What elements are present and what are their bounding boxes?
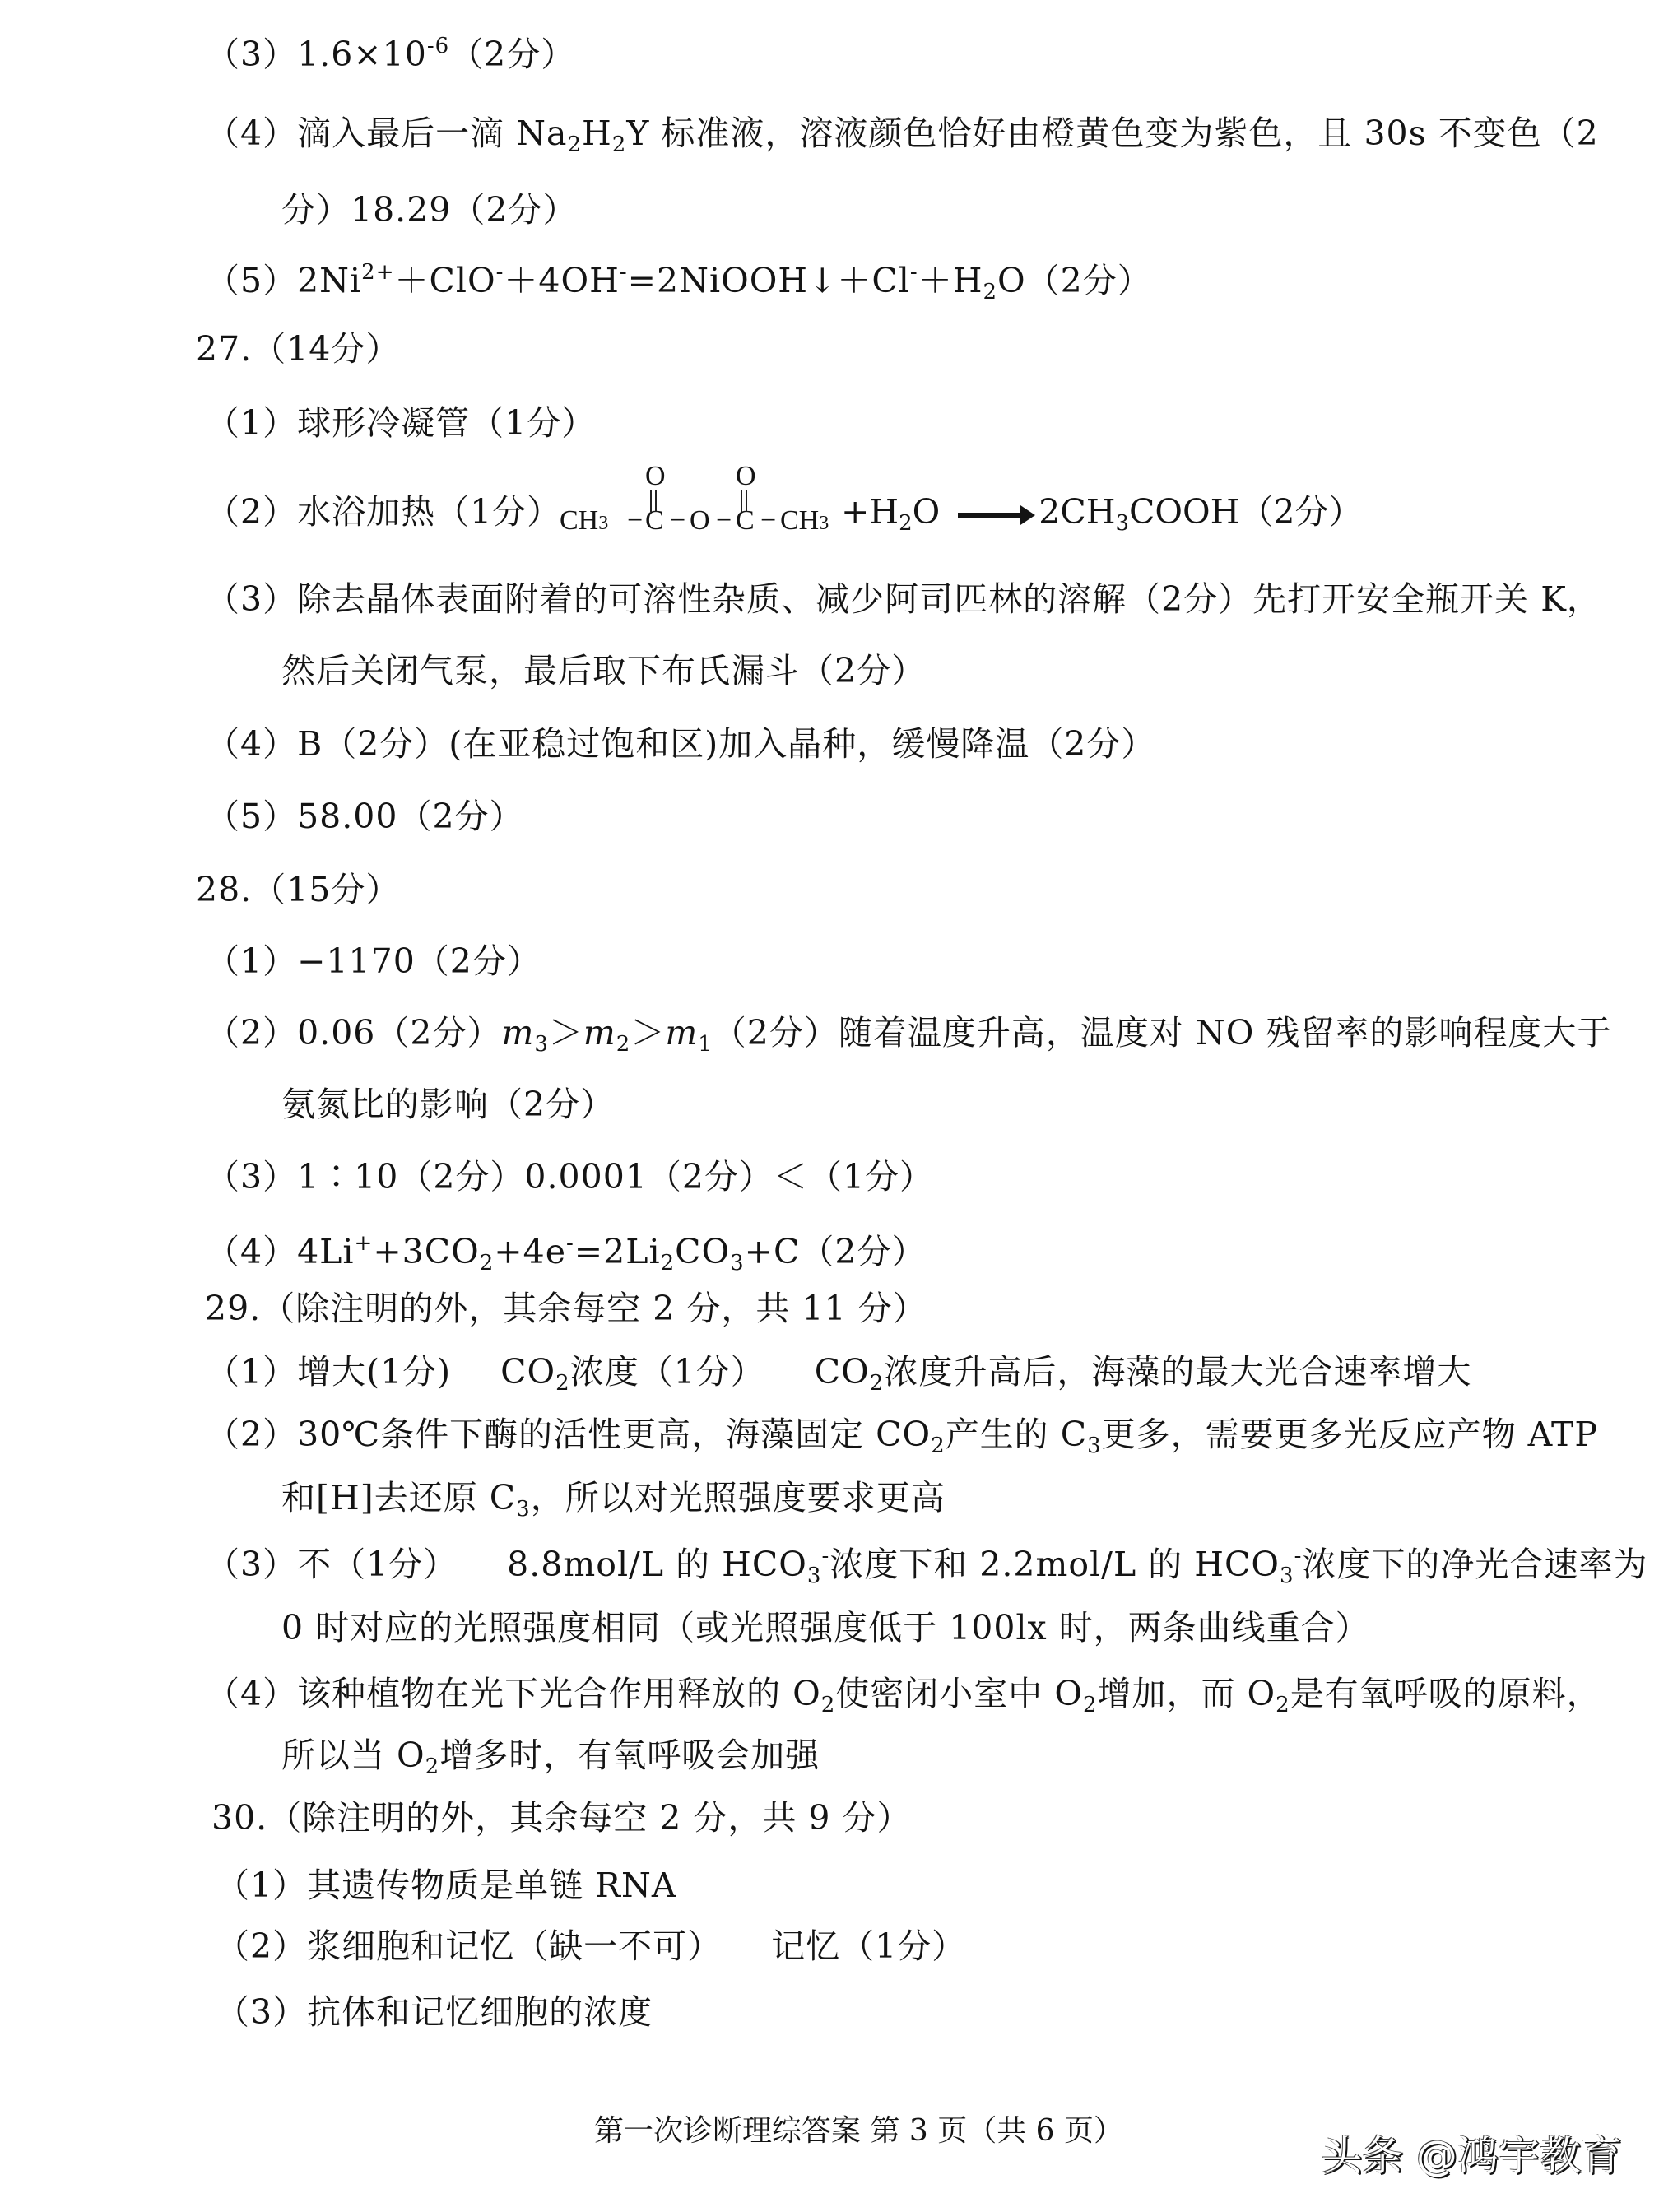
oxygen-atom: O [645, 461, 666, 492]
q26-part4-cont: 分）18.29（2分） [281, 188, 577, 231]
q29-part2: （2）30℃条件下酶的活性更高，海藻固定 CO2产生的 C3更多，需要更多光反应… [206, 1413, 1598, 1456]
answer-value: 1.6×10 [297, 35, 427, 74]
equation-text: +3CO [373, 1232, 479, 1271]
answer-text: 记忆（1分） [771, 1926, 966, 1966]
q28-header: 28.（15分） [196, 868, 400, 911]
variable: m [501, 1013, 534, 1053]
part-label: （5） [206, 261, 297, 300]
answer-text: 增多时，有氧呼吸会加强 [439, 1736, 820, 1775]
answer-text: ，所以对光照强度要求更高 [531, 1478, 946, 1517]
answer-text: （2分）随着温度升高，温度对 NO 残留率的影响程度大于 [713, 1013, 1612, 1053]
bond: − [716, 505, 732, 537]
subscript: 2 [821, 1693, 836, 1717]
q30-part1: （1）其遗传物质是单链 RNA [216, 1864, 676, 1907]
q28-part2: （2）0.06（2分）m3＞m2＞m1（2分）随着温度升高，温度对 NO 残留率… [206, 1011, 1611, 1054]
equation-text: 2CH [1039, 492, 1115, 532]
answer-text: 浓度下和 2.2mol/L 的 HCO [829, 1545, 1280, 1584]
superscript: - [566, 1231, 574, 1256]
answer-text: 增加，而 O [1097, 1674, 1276, 1713]
superscript: 2+ [361, 260, 394, 285]
q29-part4: （4）该种植物在光下光合作用释放的 O2使密闭小室中 O2增加，而 O2是有氧呼… [206, 1672, 1601, 1715]
ch3-left: CH3 [560, 505, 608, 537]
answer-text: （1）增大(1分) [206, 1352, 451, 1392]
q27-part3-cont: 然后关闭气泵，最后取下布氏漏斗（2分） [281, 649, 926, 692]
subscript: 3 [1116, 511, 1130, 536]
ch3-right: CH3 [780, 505, 829, 537]
equation-text: ＋ClO [395, 261, 496, 300]
bond: − [670, 505, 685, 537]
oxygen-atom: O [736, 461, 756, 492]
reaction-arrow-icon [958, 513, 1024, 518]
bond: − [627, 505, 643, 537]
subscript: 3 [1280, 1564, 1294, 1588]
superscript: - [620, 260, 628, 285]
answer-text: 使密闭小室中 O [835, 1674, 1083, 1713]
subscript: 2 [899, 511, 913, 536]
operator: ＞ [630, 1013, 665, 1053]
subscript: 2 [480, 1251, 495, 1276]
q28-part3: （3）1∶10（2分）0.0001（2分）＜（1分） [206, 1155, 934, 1198]
exponent: -6 [427, 34, 449, 58]
answer-text: 和[H]去还原 C [281, 1478, 516, 1517]
equation-text: +H [841, 492, 899, 532]
answer-text: Y 标准液，溶液颜色恰好由橙黄色变为紫色，且 30s 不变色（2 [626, 114, 1598, 153]
answer-text: 浓度下的净光合速率为 [1302, 1545, 1647, 1584]
equation-text: （4）4Li [206, 1232, 355, 1271]
watermark: 头条 @鸿宇教育 [1321, 2131, 1622, 2181]
subscript: 3 [534, 1032, 549, 1057]
q30-part3: （3）抗体和记忆细胞的浓度 [216, 1991, 653, 2033]
q29-header: 29.（除注明的外，其余每空 2 分，共 11 分） [205, 1287, 927, 1330]
subscript: 2 [870, 1371, 885, 1396]
equation-text: ＋4OH [504, 261, 619, 300]
subscript: 2 [555, 1371, 570, 1396]
part-label: （4） [206, 114, 297, 153]
acetic-anhydride-structure: CH3 − C O − O − C O − CH3 [560, 461, 856, 543]
answer-text: 浓度升高后，海藻的最大光合速率增大 [884, 1352, 1471, 1392]
q26-part5: （5）2Ni2+＋ClO-＋4OH-=2NiOOH↓＋Cl-＋H2O（2分） [206, 259, 1152, 302]
double-bond [741, 490, 747, 512]
subscript: 2 [661, 1251, 676, 1276]
equation-text: CO [675, 1232, 730, 1271]
equation-text: +C（2分） [745, 1232, 927, 1271]
subscript: 3 [819, 513, 829, 534]
q29-part4-cont: 所以当 O2增多时，有氧呼吸会加强 [281, 1734, 820, 1777]
equation-text: =2NiOOH↓＋Cl [628, 261, 910, 300]
subscript: 2 [931, 1434, 946, 1458]
q29-part3: （3）不（1分）8.8mol/L 的 HCO3-浓度下和 2.2mol/L 的 … [206, 1543, 1647, 1586]
subscript: 3 [730, 1251, 745, 1276]
q27-part3: （3）除去晶体表面附着的可溶性杂质、减少阿司匹林的溶解（2分）先打开安全瓶开关 … [206, 578, 1601, 620]
q27-part2-label: （2）水浴加热（1分） [206, 490, 561, 533]
answer-text: 滴入最后一滴 Na [297, 114, 567, 153]
superscript: + [355, 1231, 374, 1256]
subscript: 3 [1087, 1434, 1102, 1458]
q27-part1: （1）球形冷凝管（1分） [206, 402, 596, 444]
equation-text: O（2分） [997, 261, 1152, 300]
subscript: 1 [698, 1032, 713, 1057]
answer-text: （4）该种植物在光下光合作用释放的 O [206, 1674, 821, 1713]
answer-text: 产生的 C [946, 1415, 1087, 1454]
page-footer: 第一次诊断理综答案 第 3 页（共 6 页） [594, 2112, 1123, 2151]
answer-text: 更多，需要更多光反应产物 ATP [1102, 1415, 1598, 1454]
equation-text: +4e [494, 1232, 566, 1271]
subscript: 3 [598, 513, 608, 534]
double-bond [650, 490, 657, 512]
q30-part2: （2）浆细胞和记忆（缺一不可）记忆（1分） [216, 1925, 966, 1968]
q26-part3: （3）1.6×10-6（2分） [206, 33, 575, 76]
q29-part1: （1）增大(1分)CO2浓度（1分）CO2浓度升高后，海藻的最大光合速率增大 [206, 1350, 1471, 1393]
q27-part5: （5）58.00（2分） [206, 795, 524, 838]
q27-header: 27.（14分） [196, 328, 400, 370]
subscript: 3 [807, 1564, 822, 1588]
operator: ＞ [549, 1013, 583, 1053]
answer-text: CO [815, 1352, 870, 1392]
answer-text: 所以当 O [281, 1736, 425, 1775]
q26-part4: （4）滴入最后一滴 Na2H2Y 标准液，溶液颜色恰好由橙黄色变为紫色，且 30… [206, 112, 1599, 155]
q30-header: 30.（除注明的外，其余每空 2 分，共 9 分） [211, 1796, 912, 1839]
subscript: 2 [567, 132, 582, 157]
q28-part2-cont: 氨氮比的影响（2分） [281, 1083, 615, 1126]
equation-text: =2Li [574, 1232, 661, 1271]
score: （2分） [449, 35, 575, 74]
subscript: 3 [516, 1497, 531, 1522]
atom-label: CH [780, 505, 819, 536]
subscript: 2 [983, 280, 997, 304]
superscript: - [910, 260, 918, 285]
q28-part4: （4）4Li++3CO2+4e-=2Li2CO3+C（2分） [206, 1230, 926, 1273]
subscript: 2 [425, 1754, 440, 1779]
answer-text: 8.8mol/L 的 HCO [507, 1545, 807, 1584]
superscript: - [496, 260, 504, 285]
part-label: （3） [206, 35, 297, 74]
variable: m [665, 1013, 698, 1053]
equation-text: ＋H [918, 261, 983, 300]
superscript: - [1294, 1544, 1303, 1568]
atom-label: CH [560, 505, 598, 536]
answer-text: H [582, 114, 612, 153]
oxygen-atom: O [690, 505, 710, 537]
subscript: 2 [1083, 1693, 1098, 1717]
hydrolysis-equation-tail: +H2O2CH3COOH（2分） [841, 490, 1362, 533]
superscript: - [821, 1544, 829, 1568]
answer-text: （2）浆细胞和记忆（缺一不可） [216, 1926, 722, 1966]
q28-part1: （1）−1170（2分） [206, 940, 541, 983]
variable: m [583, 1013, 616, 1053]
equation-text: O [913, 492, 941, 532]
subscript: 2 [612, 132, 627, 157]
answer-text: （2）0.06（2分） [206, 1013, 501, 1053]
subscript: 2 [616, 1032, 631, 1057]
answer-text: （2）30℃条件下酶的活性更高，海藻固定 CO [206, 1415, 931, 1454]
q27-part4: （4）B（2分）(在亚稳过饱和区)加入晶种，缓慢降温（2分） [206, 723, 1155, 765]
answer-text: 浓度（1分） [570, 1352, 765, 1392]
answer-text: 是有氧呼吸的原料， [1290, 1674, 1601, 1713]
answer-text: （3）不（1分） [206, 1545, 458, 1584]
answer-text: CO [500, 1352, 555, 1392]
equation-text: COOH（2分） [1129, 492, 1362, 532]
equation-text: 2Ni [297, 261, 361, 300]
bond: − [760, 505, 776, 537]
q29-part2-cont: 和[H]去还原 C3，所以对光照强度要求更高 [281, 1476, 946, 1519]
q29-part3-cont: 0 时对应的光照强度相同（或光照强度低于 100lx 时，两条曲线重合） [281, 1606, 1370, 1649]
subscript: 2 [1276, 1693, 1290, 1717]
